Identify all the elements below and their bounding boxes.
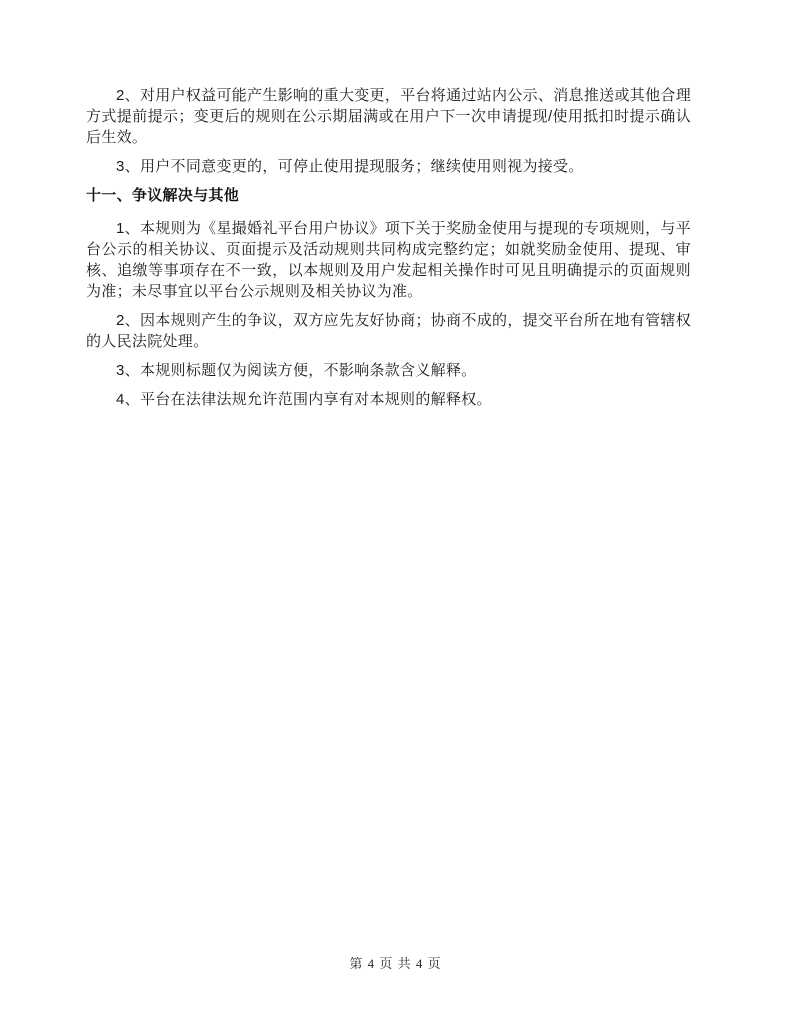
- paragraph-title-convenience: 3、本规则标题仅为阅读方便，不影响条款含义解释。: [86, 360, 691, 381]
- section-heading-dispute-resolution: 十一、争议解决与其他: [86, 185, 691, 206]
- document-page: 2、对用户权益可能产生影响的重大变更，平台将通过站内公示、消息推送或其他合理方式…: [0, 0, 791, 1024]
- paragraph-rule-change-notice: 2、对用户权益可能产生影响的重大变更，平台将通过站内公示、消息推送或其他合理方式…: [86, 85, 691, 148]
- page-number-indicator: 第 4 页 共 4 页: [0, 955, 791, 972]
- document-body: 2、对用户权益可能产生影响的重大变更，平台将通过站内公示、消息推送或其他合理方式…: [86, 85, 691, 418]
- paragraph-interpretation-right: 4、平台在法律法规允许范围内享有对本规则的解释权。: [86, 389, 691, 410]
- paragraph-dispute-handling: 2、因本规则产生的争议，双方应先友好协商；协商不成的，提交平台所在地有管辖权的人…: [86, 310, 691, 352]
- paragraph-rule-scope: 1、本规则为《星撮婚礼平台用户协议》项下关于奖励金使用与提现的专项规则，与平台公…: [86, 218, 691, 302]
- paragraph-user-disagreement: 3、用户不同意变更的，可停止使用提现服务；继续使用则视为接受。: [86, 156, 691, 177]
